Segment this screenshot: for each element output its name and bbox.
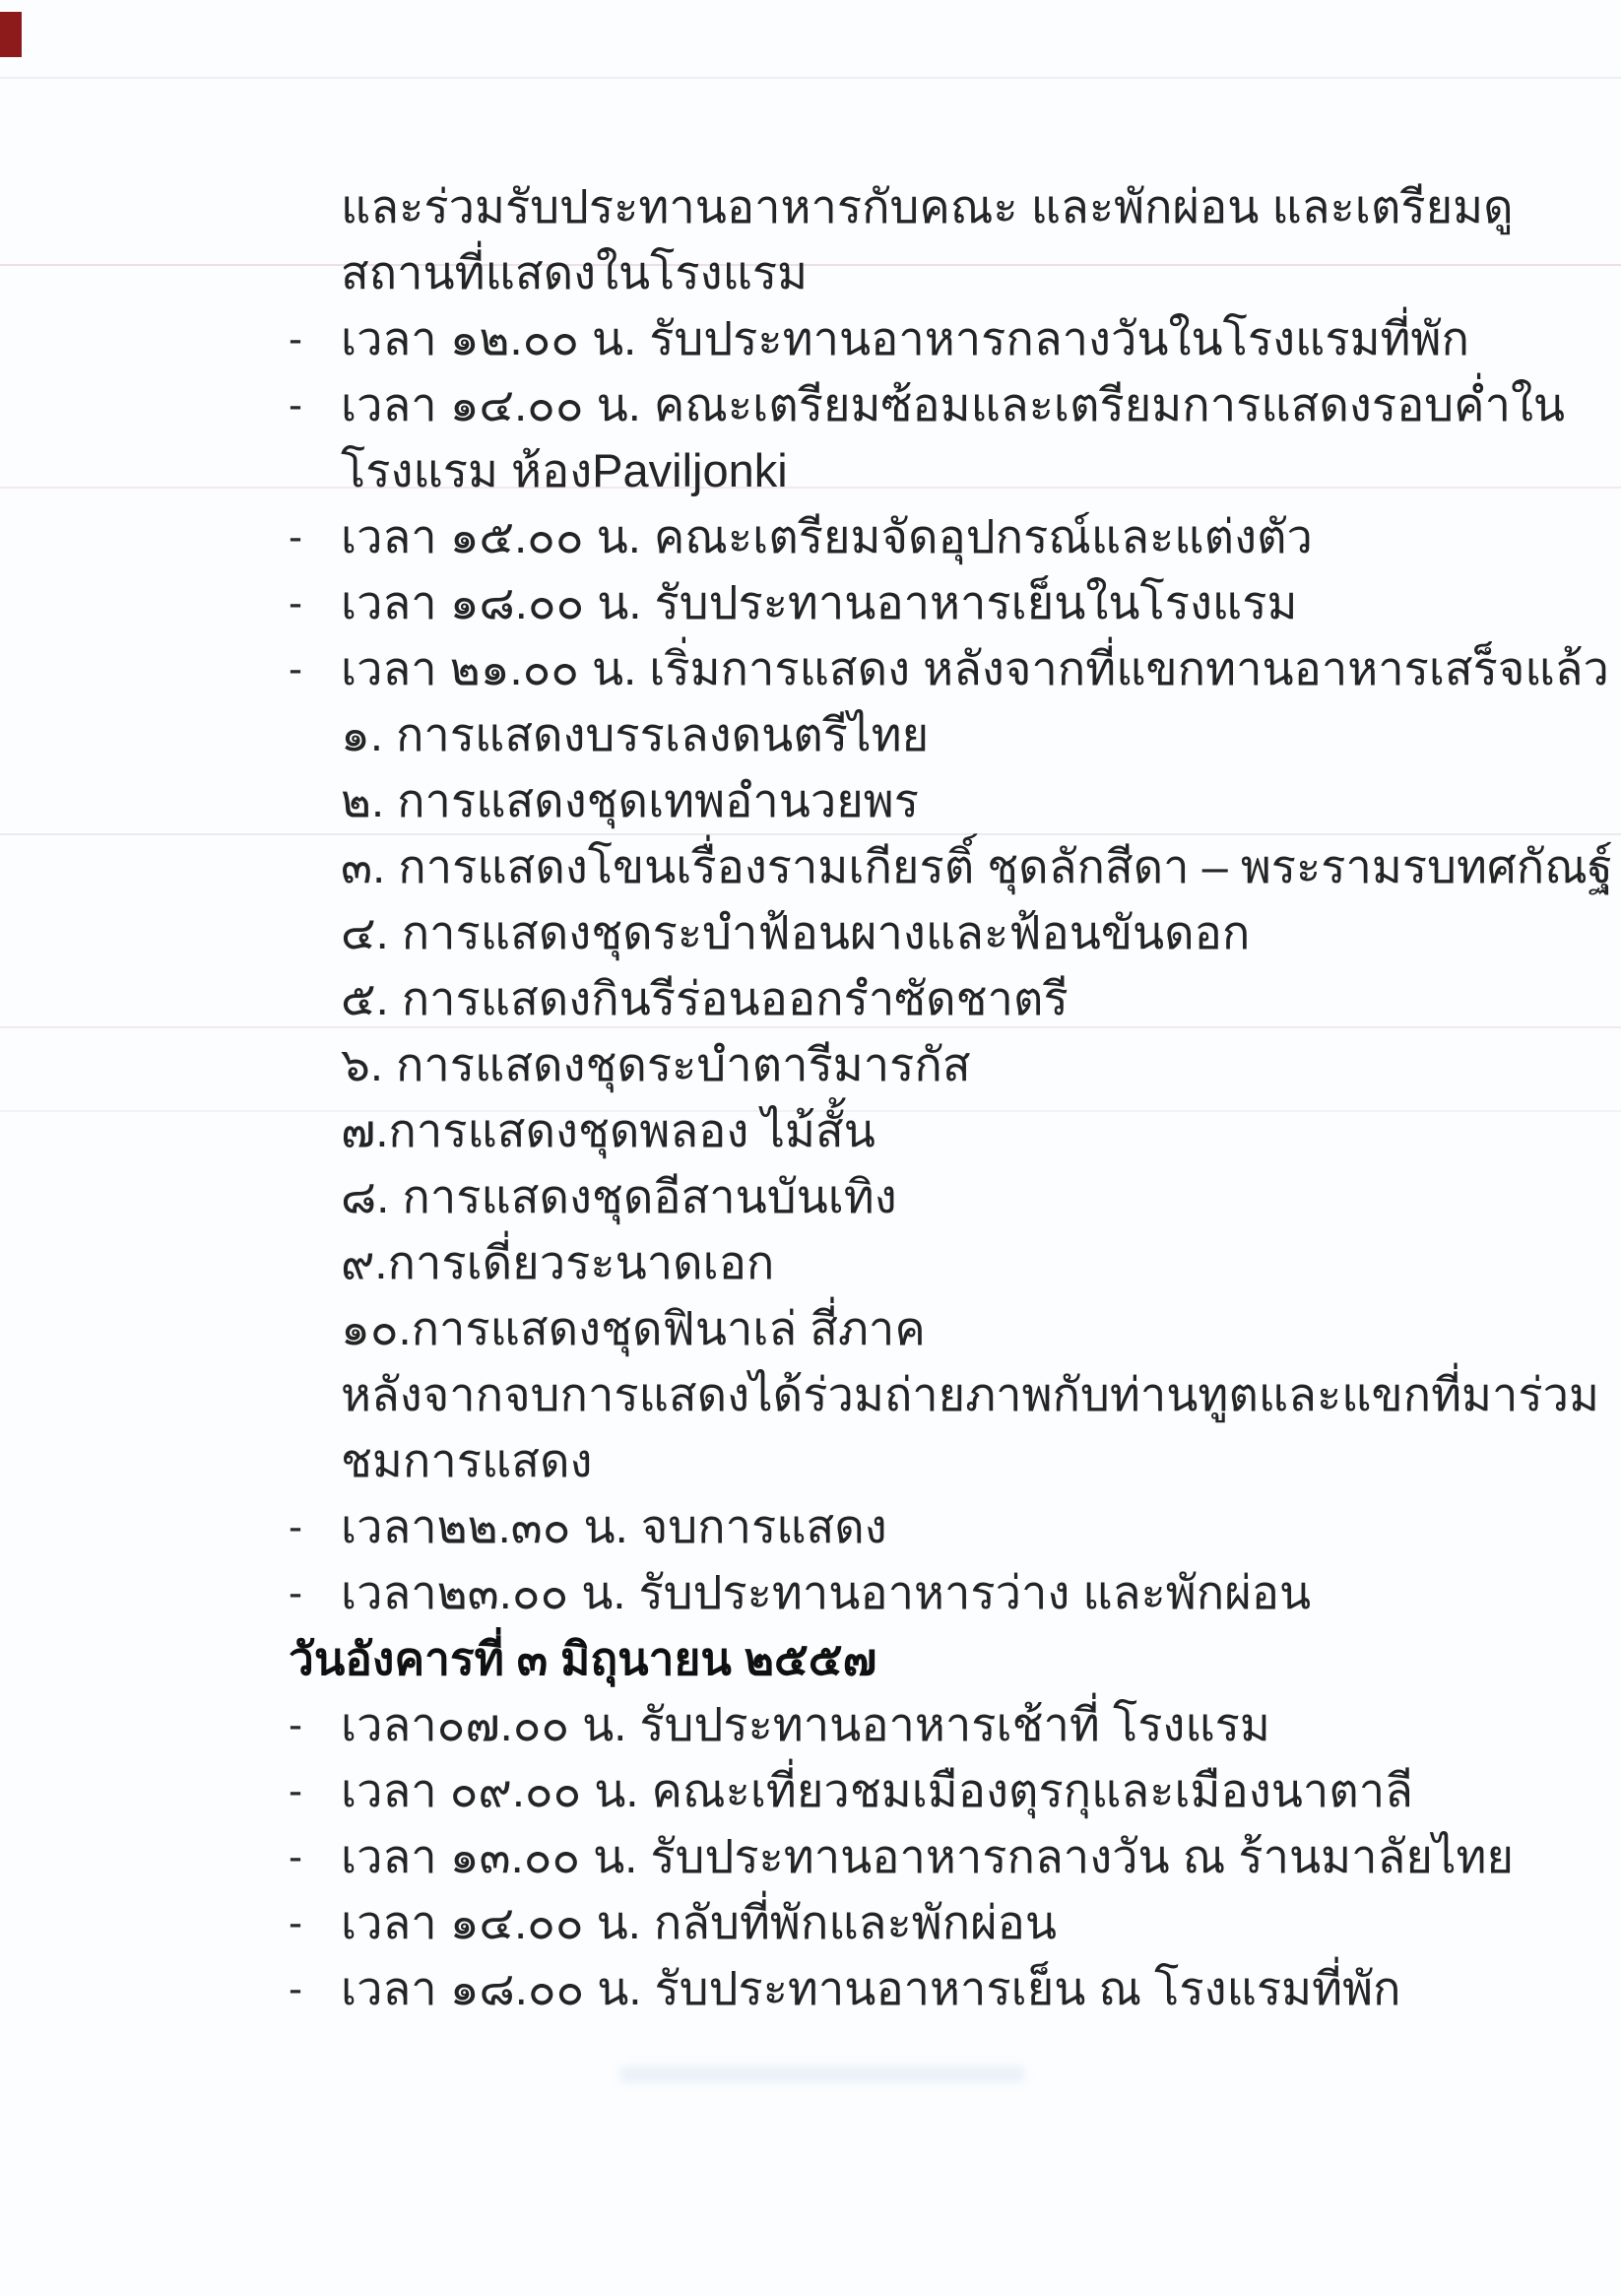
line-text: เวลา ๑๔.๐๐ น. กลับที่พักและพักผ่อน — [341, 1899, 1057, 1945]
line-text: เวลา๐๗.๐๐ น. รับประทานอาหารเช้าที่ โรงแร… — [341, 1701, 1270, 1747]
line-text: ๓. การแสดงโขนเรื่องรามเกียรติ์ ชุดลักสีด… — [341, 843, 1613, 889]
performance-item: ๑๐.การแสดงชุดฟินาเล่ สี่ภาค — [289, 1295, 1569, 1361]
line-text: หลังจากจบการแสดงได้ร่วมถ่ายภาพกับท่านทูต… — [341, 1371, 1599, 1417]
line-text: ๔. การแสดงชุดระบำฟ้อนผางและฟ้อนขันดอก — [341, 909, 1250, 955]
line-text: เวลา ๑๓.๐๐ น. รับประทานอาหารกลางวัน ณ ร้… — [341, 1833, 1514, 1879]
dash-bullet: - — [289, 648, 341, 689]
scan-line-artifact — [0, 77, 1621, 79]
line-text: เวลา ๑๘.๐๐ น. รับประทานอาหารเย็น ณ โรงแร… — [341, 1965, 1401, 2011]
line-text: และร่วมรับประทานอาหารกับคณะ และพักผ่อน แ… — [341, 183, 1514, 230]
performance-item: ๓. การแสดงโขนเรื่องรามเกียรติ์ ชุดลักสีด… — [289, 833, 1569, 899]
schedule-line: -เวลา ๑๔.๐๐ น. คณะเตรียมซ้อมและเตรียมการ… — [289, 371, 1569, 437]
line-text: เวลา ๑๒.๐๐ น. รับประทานอาหารกลางวันในโรง… — [341, 315, 1469, 361]
schedule-line: -เวลา ๒๑.๐๐ น. เริ่มการแสดง หลังจากที่แข… — [289, 635, 1569, 701]
line-text: สถานที่แสดงในโรงแรม — [341, 249, 808, 295]
performance-item: ๙.การเดี่ยวระนาดเอก — [289, 1229, 1569, 1295]
performance-item: ๖. การแสดงชุดระบำตารีมารกัส — [289, 1031, 1569, 1097]
dash-bullet: - — [289, 1506, 341, 1547]
line-text: ๙.การเดี่ยวระนาดเอก — [341, 1239, 774, 1285]
dash-bullet: - — [289, 1770, 341, 1811]
performance-item: ๔. การแสดงชุดระบำฟ้อนผางและฟ้อนขันดอก — [289, 899, 1569, 965]
schedule-line: -เวลา ๑๘.๐๐ น. รับประทานอาหารเย็นในโรงแร… — [289, 569, 1569, 635]
line-text: ๕. การแสดงกินรีร่อนออกรำซัดชาตรี — [341, 975, 1069, 1021]
schedule-text-block: และร่วมรับประทานอาหารกับคณะ และพักผ่อน แ… — [289, 173, 1569, 2021]
line-text: ๘. การแสดงชุดอีสานบันเทิง — [341, 1173, 897, 1219]
performance-item: ๑. การแสดงบรรเลงดนตรีไทย — [289, 701, 1569, 767]
header-text: วันอังคารที่ ๓ มิถุนายน ๒๕๕๗ — [289, 1636, 876, 1681]
dash-bullet: - — [289, 1902, 341, 1943]
line-text: ๖. การแสดงชุดระบำตารีมารกัส — [341, 1041, 971, 1087]
performance-item: ๒. การแสดงชุดเทพอำนวยพร — [289, 767, 1569, 833]
performance-item: ๗.การแสดงชุดพลอง ไม้สั้น — [289, 1097, 1569, 1163]
dash-bullet: - — [289, 384, 341, 426]
line-text: เวลา ๐๙.๐๐ น. คณะเที่ยวชมเมืองตุรกุและเม… — [341, 1767, 1413, 1813]
document-page: และร่วมรับประทานอาหารกับคณะ และพักผ่อน แ… — [0, 0, 1621, 2296]
line-text: ๑๐.การแสดงชุดฟินาเล่ สี่ภาค — [341, 1305, 926, 1351]
line-text: ๒. การแสดงชุดเทพอำนวยพร — [341, 777, 919, 823]
line-text: ๑. การแสดงบรรเลงดนตรีไทย — [341, 711, 929, 757]
schedule-line: -เวลา ๑๒.๐๐ น. รับประทานอาหารกลางวันในโร… — [289, 305, 1569, 371]
schedule-line: -เวลา๒๓.๐๐ น. รับประทานอาหารว่าง และพักผ… — [289, 1559, 1569, 1625]
section-header: วันอังคารที่ ๓ มิถุนายน ๒๕๕๗ — [289, 1625, 1569, 1691]
line-text: เวลา๒๓.๐๐ น. รับประทานอาหารว่าง และพักผ่… — [341, 1569, 1311, 1615]
performance-item: ๕. การแสดงกินรีร่อนออกรำซัดชาตรี — [289, 965, 1569, 1031]
schedule-line: -เวลา ๑๕.๐๐ น. คณะเตรียมจัดอุปกรณ์และแต่… — [289, 503, 1569, 569]
schedule-line: หลังจากจบการแสดงได้ร่วมถ่ายภาพกับท่านทูต… — [289, 1361, 1569, 1427]
line-text: ชมการแสดง — [341, 1437, 592, 1483]
line-text: ๗.การแสดงชุดพลอง ไม้สั้น — [341, 1107, 875, 1153]
schedule-line: -เวลา ๐๙.๐๐ น. คณะเที่ยวชมเมืองตุรกุและเ… — [289, 1757, 1569, 1823]
line-text: เวลา ๑๔.๐๐ น. คณะเตรียมซ้อมและเตรียมการแ… — [341, 381, 1565, 427]
dash-bullet: - — [289, 582, 341, 623]
line-text: เวลา ๒๑.๐๐ น. เริ่มการแสดง หลังจากที่แขก… — [341, 645, 1609, 691]
dash-bullet: - — [289, 1968, 341, 2009]
schedule-line: -เวลา ๑๘.๐๐ น. รับประทานอาหารเย็น ณ โรงแ… — [289, 1955, 1569, 2021]
bleed-through-smudge — [620, 2066, 1024, 2082]
schedule-line: -เวลา๒๒.๓๐ น. จบการแสดง — [289, 1493, 1569, 1559]
schedule-line: ชมการแสดง — [289, 1427, 1569, 1493]
schedule-line: โรงแรม ห้องPaviljonki — [289, 437, 1569, 503]
schedule-line: และร่วมรับประทานอาหารกับคณะ และพักผ่อน แ… — [289, 173, 1569, 239]
schedule-line: สถานที่แสดงในโรงแรม — [289, 239, 1569, 305]
dash-bullet: - — [289, 1572, 341, 1613]
corner-ink-mark — [0, 12, 22, 57]
dash-bullet: - — [289, 318, 341, 360]
dash-bullet: - — [289, 1704, 341, 1745]
line-text: เวลา๒๒.๓๐ น. จบการแสดง — [341, 1503, 887, 1549]
line-text: โรงแรม ห้องPaviljonki — [341, 447, 788, 493]
dash-bullet: - — [289, 516, 341, 558]
performance-item: ๘. การแสดงชุดอีสานบันเทิง — [289, 1163, 1569, 1229]
schedule-line: -เวลา ๑๔.๐๐ น. กลับที่พักและพักผ่อน — [289, 1889, 1569, 1955]
line-text: เวลา ๑๕.๐๐ น. คณะเตรียมจัดอุปกรณ์และแต่ง… — [341, 513, 1313, 559]
line-text: เวลา ๑๘.๐๐ น. รับประทานอาหารเย็นในโรงแรม — [341, 579, 1297, 625]
dash-bullet: - — [289, 1836, 341, 1877]
schedule-line: -เวลา ๑๓.๐๐ น. รับประทานอาหารกลางวัน ณ ร… — [289, 1823, 1569, 1889]
schedule-line: -เวลา๐๗.๐๐ น. รับประทานอาหารเช้าที่ โรงแ… — [289, 1691, 1569, 1757]
